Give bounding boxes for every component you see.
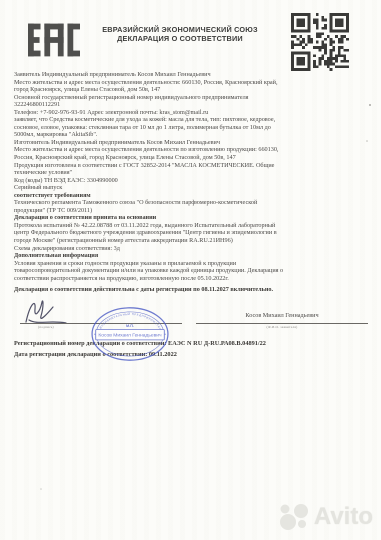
doc-line: заявляет, что Средства косметические для… xyxy=(14,116,370,124)
doc-line: 5000мл, маркировка "AkitaSib". xyxy=(14,131,370,139)
company-stamp: ИНДИВИДУАЛЬНЫЙ ПРЕДПРИНИМАТЕЛЬ М.П. * * … xyxy=(88,306,172,362)
scan-speck xyxy=(366,140,368,142)
doc-line: Заявитель Индивидуальный предприниматель… xyxy=(14,71,370,79)
avito-watermark-text: Avito xyxy=(314,503,373,531)
registration-footer: Регистрационный номер декларации о соотв… xyxy=(14,338,370,360)
scan-speck xyxy=(40,488,42,490)
declaration-document: ЕВРАЗИЙСКИЙ ЭКОНОМИЧЕСКИЙ СОЮЗ ДЕКЛАРАЦИ… xyxy=(0,0,381,540)
avito-watermark: Avito xyxy=(277,502,373,532)
avito-logo-icon xyxy=(277,502,311,532)
doc-line: Условия хранения и сроки годности продук… xyxy=(14,260,370,268)
doc-line: соответствует требованиям xyxy=(14,192,370,200)
doc-line: Дополнительная информация xyxy=(14,252,370,260)
title-line-1: ЕВРАЗИЙСКИЙ ЭКОНОМИЧЕСКИЙ СОЮЗ xyxy=(85,25,275,34)
document-title: ЕВРАЗИЙСКИЙ ЭКОНОМИЧЕСКИЙ СОЮЗ ДЕКЛАРАЦИ… xyxy=(85,25,275,43)
doc-line: Серийный выпуск xyxy=(14,184,370,192)
scan-speck xyxy=(369,104,371,106)
doc-line: Продукция изготовлена в соответствии с Г… xyxy=(14,162,370,170)
doc-line: технические условия" xyxy=(14,169,370,177)
doc-line: центр Федерального бюджетного учреждения… xyxy=(14,229,370,237)
doc-line: Основной государственный регистрационный… xyxy=(14,94,370,102)
qr-code xyxy=(291,13,349,71)
doc-line: 322246800112291 xyxy=(14,101,370,109)
signature-caption: (подпись) xyxy=(38,325,54,329)
registration-date-line: Дата регистрации декларации о соответств… xyxy=(14,349,370,360)
registration-number-line: Регистрационный номер декларации о соотв… xyxy=(14,338,370,349)
name-line xyxy=(196,323,368,324)
doc-line: Технического регламента Таможенного союз… xyxy=(14,199,370,207)
doc-line: Протокола испытаний № 42.22.08788 от 03.… xyxy=(14,222,370,230)
doc-line: Схема декларирования соответствия: 3д xyxy=(14,245,370,253)
doc-line: Место жительства и адрес места осуществл… xyxy=(14,79,370,87)
doc-line: Декларация о соответствии принята на осн… xyxy=(14,214,370,222)
doc-line: городе Москве" (регистрационный номер ат… xyxy=(14,237,370,245)
stamp-name: Косов Михаил Геннадьевич xyxy=(98,333,162,338)
signature-block: (подпись) Косов Михаил Геннадьевич (Ф.И.… xyxy=(0,296,381,334)
stamp-mp-label: М.П. xyxy=(126,324,134,328)
doc-line: город Красноярск, улица Елены Стасовой, … xyxy=(14,86,370,94)
doc-line: соответствии распространяется на продукц… xyxy=(14,275,370,283)
doc-line: продукции" (ТР ТС 009/2011) xyxy=(14,207,370,215)
doc-line: Россия, Красноярский край, город Красноя… xyxy=(14,154,370,162)
doc-line: Код (коды) ТН ВЭД ЕАЭС: 3304990000 xyxy=(14,177,370,185)
doc-line: Место жительства и адрес места осуществл… xyxy=(14,146,370,154)
doc-line: сосновое, еловое, упаковка: стеклянная т… xyxy=(14,124,370,132)
doc-line: Декларация о соответствии действительна … xyxy=(14,286,370,294)
title-line-2: ДЕКЛАРАЦИЯ О СООТВЕТСТВИИ xyxy=(85,34,275,43)
doc-line: товаросопроводительной документации и/ил… xyxy=(14,267,370,275)
eac-logo-icon xyxy=(28,22,80,58)
document-body: Заявитель Индивидуальный предприниматель… xyxy=(14,71,370,294)
name-caption: (Ф.И.О. заявителя) xyxy=(196,325,368,329)
doc-line: Изготовитель Индивидуальный предпринимат… xyxy=(14,139,370,147)
applicant-name: Косов Михаил Геннадьевич xyxy=(196,312,368,319)
doc-line: Телефон: +7-902-976-93-91 Адрес электрон… xyxy=(14,109,370,117)
